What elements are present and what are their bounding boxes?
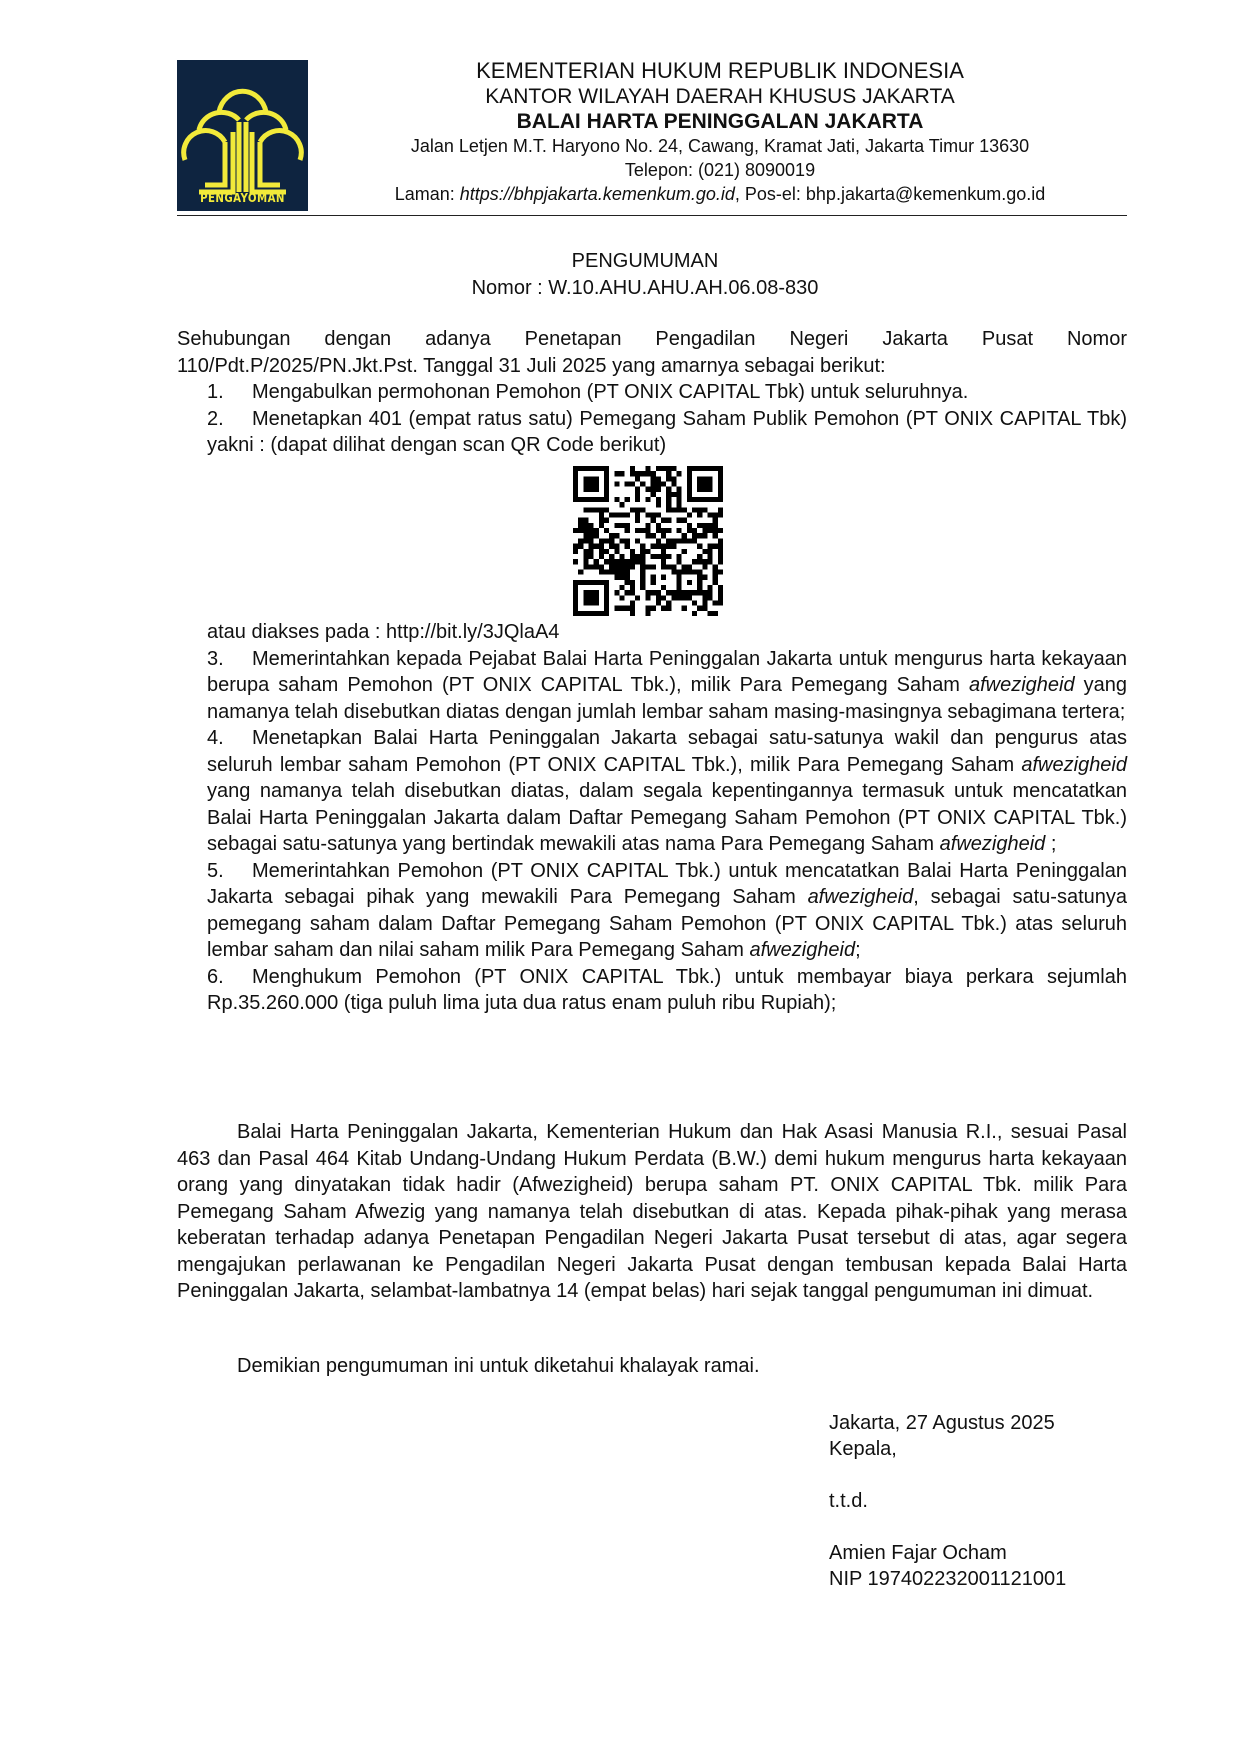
pengayoman-logo: PENGAYOMAN [177,60,308,211]
regional-office: KANTOR WILAYAH DAERAH KHUSUS JAKARTA [320,86,1120,111]
ruling-item-6: 6.Menghukum Pemohon (PT ONIX CAPITAL Tbk… [177,964,1127,1017]
office-contacts: Laman: https://bhpjakarta.kemenkum.go.id… [320,185,1120,209]
intro-paragraph: Sehubungan dengan adanya Penetapan Penga… [177,326,1127,379]
logo-label: PENGAYOMAN [187,191,298,205]
office-phone: Telepon: (021) 8090019 [320,161,1120,185]
announcement-number: Nomor : W.10.AHU.AHU.AH.06.08-830 [0,277,1241,300]
announcement-title: PENGUMUMAN [0,250,1241,273]
ruling-item-1: 1.Mengabulkan permohonan Pemohon (PT ONI… [177,379,1127,406]
signatory-name: Amien Fajar Ocham [829,1540,1066,1566]
signed-mark: t.t.d. [829,1488,1066,1514]
web-label: Laman: [395,184,460,204]
ruling-item-2: 2.Menetapkan 401 (empat ratus satu) Peme… [177,406,1127,459]
document-page: PENGAYOMAN KEMENTERIAN HUKUM REPUBLIK IN… [0,0,1241,1754]
signatory-nip: NIP 197402232001121001 [829,1566,1066,1592]
office-address: Jalan Letjen M.T. Haryono No. 24, Cawang… [320,137,1120,161]
letterhead: KEMENTERIAN HUKUM REPUBLIK INDONESIA KAN… [320,60,1120,209]
tree-emblem-icon [177,60,308,211]
ruling-list-part1: 1.Mengabulkan permohonan Pemohon (PT ONI… [177,379,1127,459]
email-text: , Pos-el: bhp.jakarta@kemenkum.go.id [735,184,1045,204]
ministry-name: KEMENTERIAN HUKUM REPUBLIK INDONESIA [320,60,1120,86]
ruling-item-3: 3.Memerintahkan kepada Pejabat Balai Har… [177,646,1127,726]
closing-line: Demikian pengumuman ini untuk diketahui … [177,1353,1187,1380]
ruling-item-4: 4.Menetapkan Balai Harta Peninggalan Jak… [177,725,1127,858]
header-divider [177,215,1127,216]
signature-block: Jakarta, 27 Agustus 2025 Kepala, t.t.d. … [829,1410,1066,1592]
place-date: Jakarta, 27 Agustus 2025 [829,1410,1066,1436]
ruling-list-part2: atau diakses pada : http://bit.ly/3JQlaA… [177,619,1127,1017]
office-name: BALAI HARTA PENINGGALAN JAKARTA [320,111,1120,137]
qr-link-text[interactable]: atau diakses pada : http://bit.ly/3JQlaA… [177,619,1127,646]
closing-paragraph: Balai Harta Peninggalan Jakarta, Kemente… [177,1119,1127,1305]
qr-code-icon[interactable] [573,466,723,616]
website-link[interactable]: https://bhpjakarta.kemenkum.go.id [460,184,735,204]
signatory-position: Kepala, [829,1436,1066,1462]
ruling-item-5: 5.Memerintahkan Pemohon (PT ONIX CAPITAL… [177,858,1127,964]
